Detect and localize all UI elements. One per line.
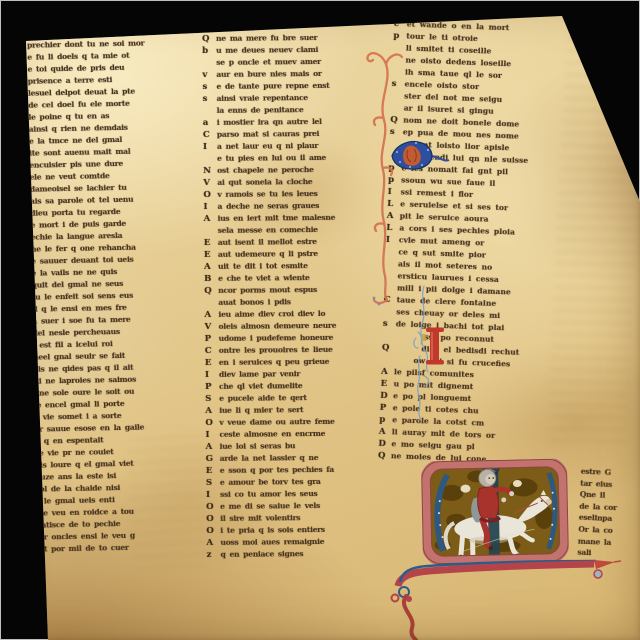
- line-initial: A: [206, 538, 220, 548]
- line-initial: I: [17, 281, 32, 291]
- line-text: uoss moi aues remaignie: [220, 537, 324, 547]
- line-initial: E: [380, 379, 393, 389]
- line-initial: Q: [202, 34, 216, 44]
- line-text: mane la: [578, 536, 612, 546]
- line-text: e tu pies en lui ou il ame: [217, 153, 326, 163]
- line-text: se p oncle et muev amer: [216, 57, 321, 67]
- line-text: il q en espentait: [35, 435, 104, 445]
- line-initial: A: [15, 185, 30, 195]
- line-text: la enns de penitance: [217, 105, 304, 115]
- line-initial: E: [204, 238, 218, 248]
- line-initial: D: [19, 389, 34, 399]
- line-initial: O: [205, 418, 219, 428]
- line-text: e la tmce ne del gmal: [29, 135, 122, 146]
- line-initial: z: [207, 550, 221, 560]
- line-initial: T: [19, 425, 34, 435]
- line-initial: F: [20, 461, 35, 471]
- line-text: e mo seigu gau pl: [391, 439, 475, 451]
- line-text: ssi co tu amor les seus: [220, 489, 317, 499]
- line-text: ssi remest i flor: [401, 187, 474, 199]
- line-initial: E: [206, 466, 220, 476]
- line-initial: F: [22, 545, 37, 555]
- line-initial: D: [14, 137, 29, 147]
- line-initial: P: [21, 521, 36, 531]
- line-initial: O: [21, 497, 36, 507]
- line-text: Qne il: [580, 490, 606, 500]
- text-column-left: Jprechier dont tu ne soi morCe fu li doe…: [12, 37, 218, 557]
- line-text: e che te viet a wlente: [218, 273, 310, 283]
- line-text: u me deues neuev clami: [216, 45, 318, 55]
- line-text: ais ne qides pas q il ait: [33, 363, 133, 374]
- photo-edge-artifact: [0, 31, 10, 46]
- line-initial: G: [15, 173, 30, 183]
- line-text: v ramois se tu ies leues: [217, 189, 317, 199]
- line-text: quit del gmal ne seus: [32, 279, 123, 290]
- line-initial: B: [21, 533, 36, 543]
- line-text: e fu li doels q ta mie ot: [27, 51, 129, 62]
- line-text: i mostier ira qn autre lel: [217, 117, 322, 127]
- line-initial: G: [14, 149, 29, 159]
- line-initial: D: [12, 65, 27, 75]
- line-text: de cel doel fu ele morte: [28, 99, 130, 110]
- line-text: aut isent il mellot estre: [218, 237, 317, 247]
- line-initial: P: [380, 403, 393, 413]
- line-text: tour le ti otroie: [406, 31, 478, 43]
- line-initial: O: [21, 509, 36, 519]
- line-initial: L: [18, 377, 33, 387]
- line-initial: I: [203, 202, 217, 212]
- svg-text:D: D: [412, 136, 413, 137]
- line-text: e me di se saiue le vels: [220, 501, 320, 511]
- line-text: a deche ne seras graues: [217, 201, 319, 211]
- line-initial: D: [16, 257, 31, 267]
- line-text: il sire mit volentirs: [220, 513, 300, 523]
- line-text: udome i pudefeme honeure: [219, 333, 333, 343]
- line-text: e sauuer deuant toi ueis: [31, 255, 133, 266]
- line-initial: P: [16, 233, 31, 243]
- line-initial: S: [15, 197, 30, 207]
- line-initial: I: [206, 490, 220, 500]
- line-initial: Q: [204, 286, 218, 296]
- line-text: e de tante pure repne enst: [216, 81, 329, 91]
- line-text: sol de la chaide nisi: [36, 483, 121, 494]
- line-text: ost chapele ne peroche: [217, 165, 314, 175]
- text-column-beside-miniature: estre Gtar eiusQne ilde la coreselinpaOr…: [562, 466, 638, 562]
- line-initial: I: [203, 142, 217, 152]
- line-text: e pucele aide te qert: [219, 393, 307, 403]
- line-text: i te pria q is sois entiers: [220, 525, 325, 535]
- line-initial: s: [203, 94, 217, 104]
- line-initial: A: [381, 367, 394, 377]
- illuminated-initial-d: D: [388, 136, 450, 176]
- line-text: ce q sut smite pior: [398, 247, 486, 259]
- line-initial: s: [202, 82, 216, 92]
- line-initial: Q: [18, 341, 33, 351]
- line-initial: a: [203, 118, 217, 128]
- line-initial: V: [205, 322, 219, 332]
- line-text: prisence a terre esti: [28, 75, 112, 86]
- line-initial: b: [202, 46, 216, 56]
- line-initial: I: [205, 430, 219, 440]
- manuscript-line: Fait por mil de to cuer: [22, 541, 218, 557]
- line-text: a vie somet i a sorte: [34, 411, 121, 422]
- line-initial: A: [205, 406, 219, 416]
- line-text: neel gnal seuir se fait: [33, 351, 125, 362]
- line-text: ait por mil de to cuer: [37, 543, 129, 554]
- line-text: v veue dame ou autre feme: [219, 417, 334, 427]
- line-text: ieu aime diev croi diev lo: [218, 309, 325, 319]
- line-initial: A: [379, 427, 392, 437]
- line-initial: Q: [378, 451, 391, 461]
- line-initial: A: [204, 262, 218, 272]
- line-text: ontre les prouoires te lieue: [219, 345, 333, 355]
- line-text: sela messe en comechie: [218, 225, 318, 235]
- line-text: encele oisto stor: [404, 79, 479, 91]
- line-text: l est fil a icelui roi: [33, 339, 113, 350]
- line-text: pit le seruice aoura: [400, 211, 489, 223]
- line-text: ne ma mere fu bre suer: [216, 33, 317, 43]
- line-initial: S: [19, 413, 34, 423]
- line-text: dieu porta tu regarde: [30, 207, 120, 218]
- line-text: e toi quide de pris deu: [27, 63, 124, 74]
- line-text: ouze ans la este isi: [35, 471, 116, 482]
- line-text: li smitet ti coseille: [406, 43, 492, 55]
- line-text: ois loure q el gmal viet: [35, 459, 134, 470]
- line-initial: E: [17, 305, 32, 315]
- line-text: a suer i soe fu ta mere: [32, 315, 130, 326]
- line-initial: E: [205, 358, 219, 368]
- line-initial: I: [205, 370, 219, 380]
- line-initial: Q: [16, 245, 31, 255]
- line-text: il q le ensi en mes fre: [32, 303, 127, 314]
- line-initial: [565, 485, 580, 486]
- line-initial: P: [205, 382, 219, 392]
- line-text: et wande o en la mort: [407, 19, 510, 32]
- line-text: che ql viet dumelite: [219, 381, 302, 391]
- line-text: iar oncles ensi le veu g: [36, 531, 134, 542]
- line-text: ite sont auenu mait mal: [29, 147, 130, 158]
- line-text: ui ne laproies ne saimos: [33, 375, 136, 386]
- line-text: ais sa parole ot tel uenu: [30, 195, 133, 206]
- line-text: ncor porms mout espus: [218, 285, 317, 295]
- line-text: e la vails ne ne quis: [31, 267, 117, 278]
- line-text: iue li q mier te sert: [219, 405, 303, 415]
- line-text: uit te dit i tot esmite: [218, 261, 308, 271]
- line-initial: D: [378, 439, 391, 449]
- line-text: del nesle percheuaus: [33, 327, 120, 338]
- line-initial: V: [203, 178, 217, 188]
- line-text: ai qut soneia la cloche: [217, 177, 312, 187]
- svg-text:I: I: [434, 282, 435, 283]
- line-initial: O: [206, 514, 220, 524]
- line-initial: A: [13, 89, 28, 99]
- line-text: ste veu en roidce a tou: [36, 507, 134, 518]
- line-text: ainsi vraie repentance: [217, 93, 308, 103]
- line-initial: Q: [21, 485, 36, 495]
- line-text: diev lame par venir: [219, 369, 300, 379]
- line-initial: [566, 473, 581, 474]
- manuscript-page: Jprechier dont tu ne soi morCe fu li doe…: [0, 0, 640, 640]
- line-text: a net laur eu q ni plaur: [217, 141, 318, 151]
- line-initial: p: [379, 415, 392, 425]
- line-initial: Q: [19, 401, 34, 411]
- penwork-flourish: [360, 48, 410, 308]
- line-text: Or la co: [578, 525, 613, 535]
- line-initial: G: [206, 454, 220, 464]
- line-text: ar il isuret si gingu: [404, 103, 494, 115]
- line-initial: Q: [20, 449, 35, 459]
- line-text: de la cor: [579, 501, 617, 512]
- line-initial: P: [13, 113, 28, 123]
- line-initial: I: [18, 329, 33, 339]
- line-text: ceste almosne en encrme: [219, 429, 325, 439]
- line-initial: C: [205, 346, 219, 356]
- line-text: en i seruices q peu grieue: [219, 357, 329, 367]
- line-initial: P: [205, 334, 219, 344]
- line-text: ele ne veut comtde: [30, 171, 110, 182]
- line-initial: p: [393, 31, 406, 41]
- line-text: entisce de to pechie: [36, 519, 120, 530]
- line-text: v le gmal ueis enti: [36, 495, 115, 506]
- manuscript-line: zq en peniace signes: [207, 548, 407, 562]
- line-initial: D: [20, 473, 35, 483]
- line-text: dameoisel se lachier tu: [30, 183, 127, 194]
- line-text: se vie pr ne couiet: [35, 447, 114, 458]
- line-initial: O: [203, 190, 217, 200]
- line-initial: A: [204, 310, 218, 320]
- line-initial: Q: [13, 77, 28, 87]
- line-initial: I: [13, 101, 28, 111]
- line-text: tar eius: [580, 478, 612, 488]
- line-initial: N: [203, 166, 217, 176]
- line-initial: E: [204, 250, 218, 260]
- line-text: aur en bure nies mais or: [216, 69, 321, 79]
- line-initial: A: [204, 214, 218, 224]
- line-initial: C: [17, 293, 32, 303]
- line-text: auat bonos i pdis: [218, 297, 290, 307]
- line-text: encuisier pis une dure: [29, 159, 123, 170]
- line-text: aut udemeure q li pstre: [218, 249, 318, 259]
- line-text: une sole oure le soit ou: [34, 387, 135, 398]
- line-initial: D: [380, 391, 393, 401]
- line-text: e sson q por tes pechies fa: [220, 465, 334, 475]
- line-text: e mort i de puis garde: [30, 219, 126, 230]
- line-text: oleis almosn demeure neure: [219, 321, 337, 331]
- line-initial: A: [206, 442, 220, 452]
- line-initial: O: [18, 365, 33, 375]
- line-text: q en peniace signes: [221, 549, 304, 559]
- line-text: e amour be torv tes gra: [220, 477, 321, 487]
- line-initial: Q: [15, 209, 30, 219]
- line-initial: S: [206, 478, 220, 488]
- line-text: tu le enfeit soi sens eus: [32, 291, 133, 302]
- line-initial: J: [12, 41, 27, 51]
- line-text: prechier dont tu ne soi mor: [27, 38, 144, 49]
- line-initial: C: [12, 53, 27, 63]
- screenshot-root: Jprechier dont tu ne soi morCe fu li doe…: [0, 0, 640, 640]
- line-text: cvle mut ameng or: [399, 235, 485, 247]
- line-text: ar sauue esose en la gaile: [34, 423, 144, 434]
- illuminated-initial-i: I: [410, 282, 450, 422]
- line-text: le poine q tu en as: [28, 111, 109, 122]
- miniature-tail-flourish: [382, 552, 622, 640]
- line-text: lesuel delpot deuat la pte: [28, 87, 135, 98]
- line-text: iue loi si seras bu: [220, 441, 296, 451]
- line-initial: O: [206, 502, 220, 512]
- line-initial: P: [14, 161, 29, 171]
- line-text: ius en iert mit tme malesne: [218, 213, 336, 223]
- line-initial: P: [16, 269, 31, 279]
- line-initial: Q: [18, 353, 33, 363]
- line-initial: O: [206, 526, 220, 536]
- line-text: ne le fer q one rehancha: [31, 243, 136, 254]
- line-initial: C: [203, 130, 217, 140]
- line-initial: O: [17, 317, 32, 327]
- line-initial: C: [15, 221, 30, 231]
- line-initial: s: [383, 319, 396, 329]
- line-initial: c: [394, 19, 407, 29]
- line-text: eselinpa: [579, 513, 612, 523]
- line-text: ainsi q rien ne demdais: [29, 123, 128, 134]
- line-initial: I: [20, 437, 35, 447]
- line-initial: S: [205, 394, 219, 404]
- line-text: le encel gmal li porte: [34, 399, 125, 410]
- line-text: arde la net lassier q ne: [220, 453, 319, 463]
- line-initial: B: [204, 274, 218, 284]
- line-text: estre G: [581, 467, 611, 477]
- line-initial: v: [202, 70, 216, 80]
- line-initial: E: [14, 125, 29, 135]
- line-text: parso mat si cauras prei: [217, 129, 319, 139]
- line-text: echie la langue aresla: [31, 231, 123, 242]
